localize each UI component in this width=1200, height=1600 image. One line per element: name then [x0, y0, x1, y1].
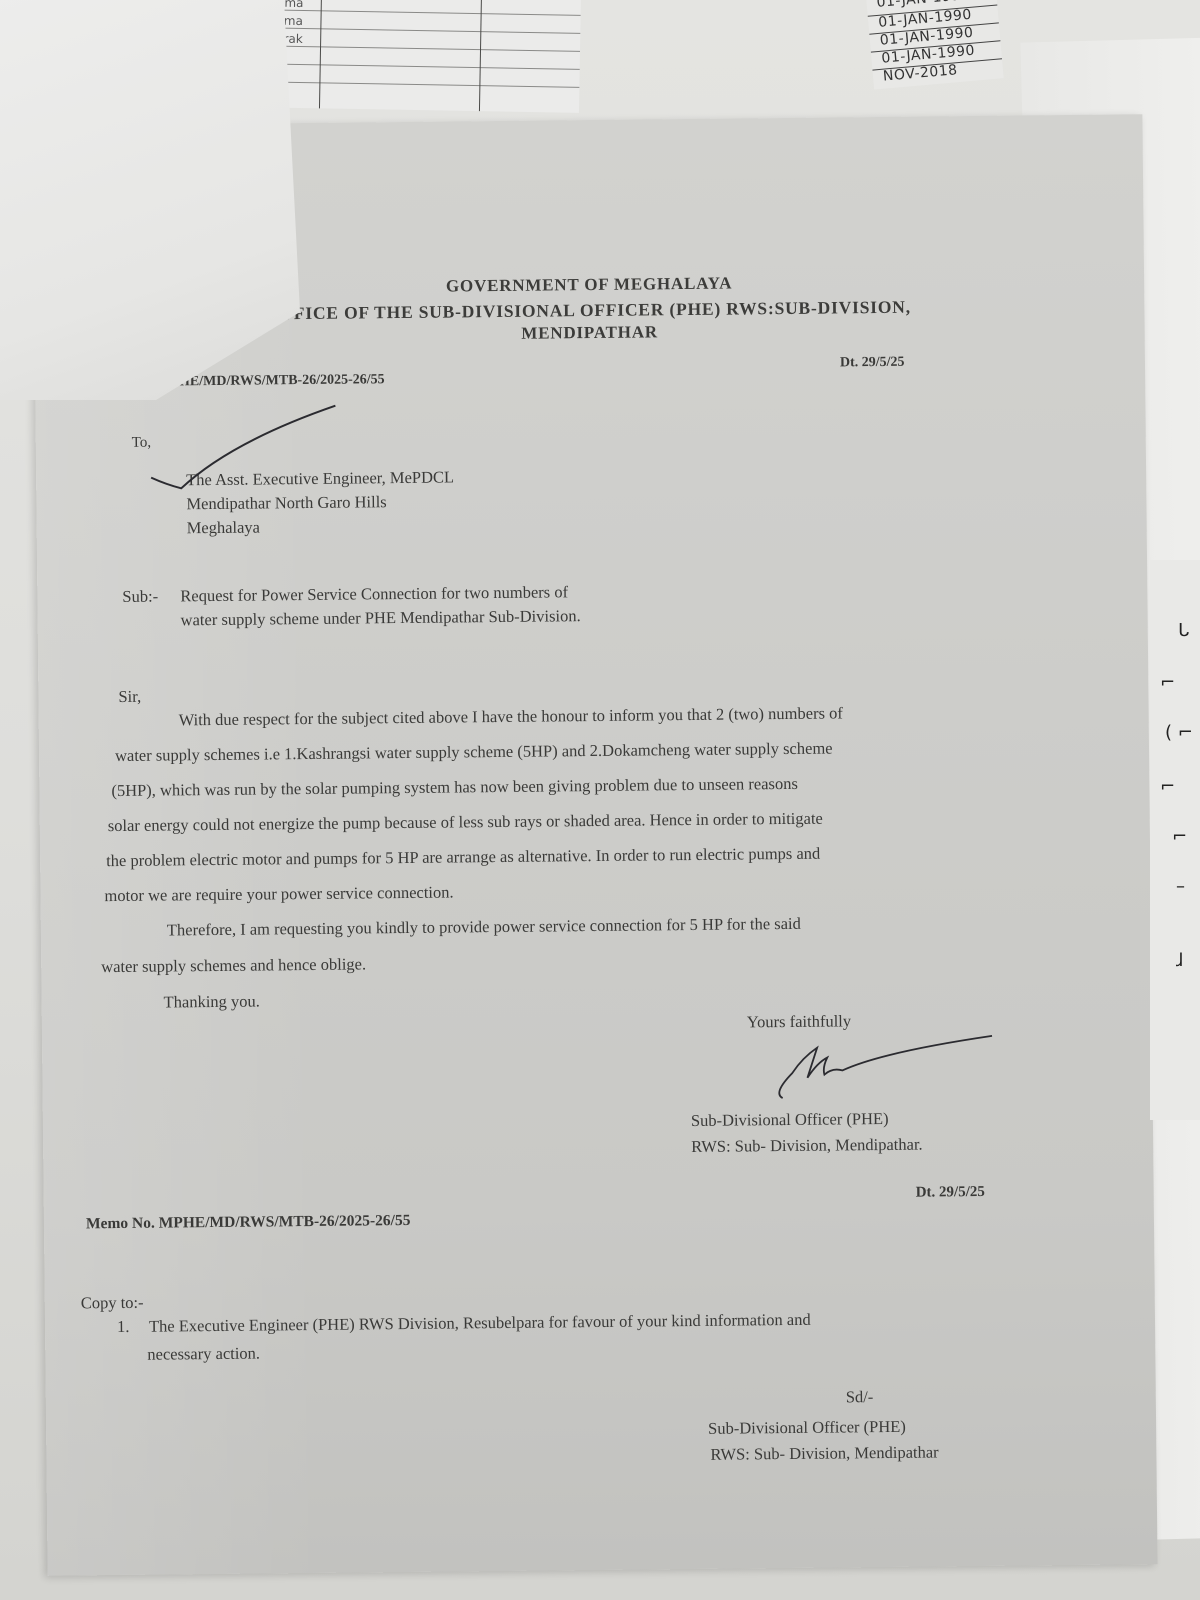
tick-mark-icon	[140, 401, 341, 493]
date-list-sheet: 01-JAN-1990 01-JAN-1990 01-JAN-1990 01-J…	[866, 0, 1003, 89]
memo-number: Memo No. MPHE/MD/RWS/MTB-26/2025-26/55	[86, 1212, 411, 1233]
signatory-office: RWS: Sub- Division, Mendipathar.	[691, 1135, 923, 1157]
letter-date: Dt. 29/5/25	[840, 355, 905, 372]
handwritten-mark: ⌐	[1160, 672, 1175, 693]
body-line: motor we are require your power service …	[104, 874, 453, 913]
body-line: Therefore, I am requesting you kindly to…	[167, 906, 801, 948]
recipient-line3: Meghalaya	[187, 517, 261, 538]
copy-item-number: 1.	[117, 1317, 130, 1337]
handwritten-mark: ⌐	[1172, 826, 1187, 847]
copy-signatory-office: RWS: Sub- Division, Mendipathar	[710, 1442, 938, 1464]
salutation: Sir,	[118, 687, 141, 707]
signatory-title: Sub-Divisional Officer (PHE)	[691, 1109, 889, 1131]
copy-to-label: Copy to:-	[81, 1293, 144, 1314]
handwritten-mark: ⌐	[1160, 776, 1175, 797]
body-line: the problem electric motor and pumps for…	[106, 836, 820, 878]
body-line: water supply schemes and hence oblige.	[101, 946, 366, 984]
handwritten-mark: –	[1176, 876, 1185, 897]
copy-signatory-title: Sub-Divisional Officer (PHE)	[708, 1417, 906, 1439]
subject-line2: water supply scheme under PHE Mendipatha…	[181, 606, 581, 630]
memo-date: Dt. 29/5/25	[916, 1184, 985, 1202]
handwritten-mark: ɺ	[1176, 950, 1183, 971]
sd-mark: Sd/-	[846, 1387, 874, 1407]
subject-line1: Request for Power Service Connection for…	[180, 582, 568, 606]
copy-item-line2: necessary action.	[147, 1344, 260, 1365]
recipient-line2: Mendipathar North Garo Hills	[186, 492, 386, 514]
ledger-sheet: gma ema arak	[249, 0, 581, 113]
thanks-line: Thanking you.	[164, 992, 260, 1013]
handwritten-mark: ᒐ	[1178, 620, 1189, 641]
subject-label: Sub:-	[122, 587, 158, 607]
signature-icon	[742, 1021, 1003, 1104]
handwritten-mark: ( ⌐	[1165, 722, 1193, 743]
